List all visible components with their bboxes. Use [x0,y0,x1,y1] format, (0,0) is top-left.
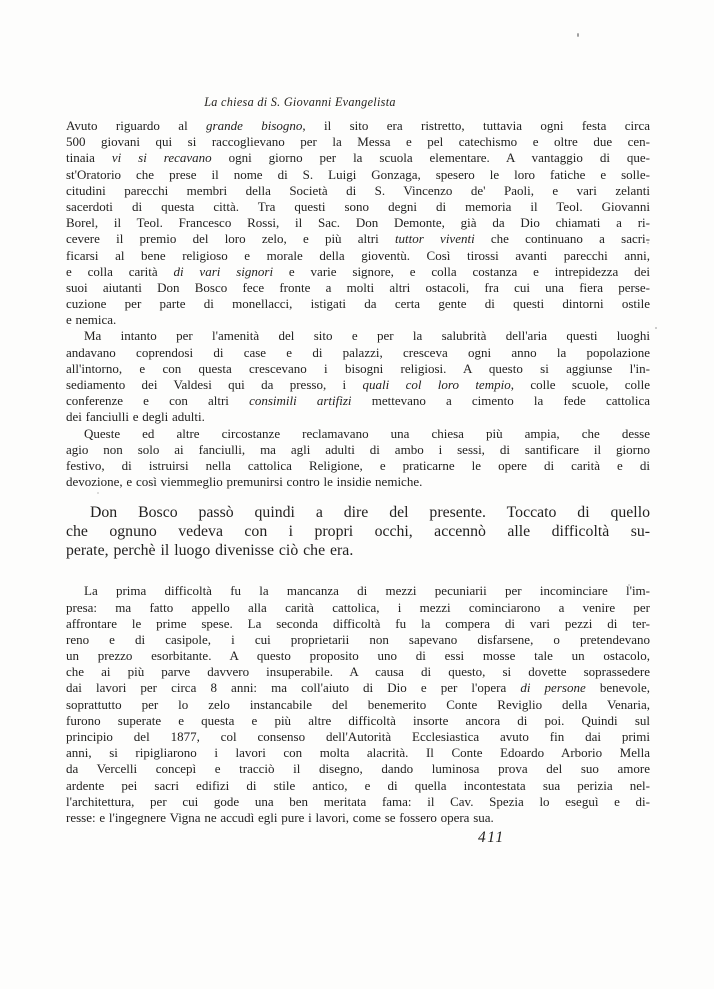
text-line: affrontare le prime spese. La seconda di… [66,616,650,632]
text-line: 500 giovani qui si raccoglievano per la … [66,134,650,150]
paragraph: Ma intanto per l'amenità del sito e per … [66,328,650,425]
text-line: conferenze e con altri consimili artifiz… [66,393,650,409]
text-line: da Vercelli concepì e tracciò il disegno… [66,761,650,777]
text-block: Avuto riguardo al grande bisogno, il sit… [66,118,650,826]
text-line: sacerdoti di questa città. Tra questi so… [66,199,650,215]
text-line: perate, perchè il luogo divenisse ciò ch… [66,541,650,560]
text-line: ficarsi al bene religioso e morale della… [66,248,650,264]
text-line: st'Oratorio che prese il nome di S. Luig… [66,167,650,183]
scan-speck [628,584,630,586]
text-line: e nemica. [66,312,650,328]
text-line: tinaia vi si recavano ogni giorno per la… [66,150,650,166]
text-line: ardente pei sacri edifizi di stile antic… [66,778,650,794]
text-line: che ai più parve davvero insuperabile. A… [66,664,650,680]
text-line: La prima difficoltà fu la mancanza di me… [66,583,650,599]
text-line: che ognuno vedeva con i propri occhi, ac… [66,522,650,541]
scanned-book-page: La chiesa di S. Giovanni Evangelista Avu… [0,0,714,989]
text-line: cevere il premio del loro zelo, e più al… [66,231,650,247]
text-line: Queste ed altre circostanze reclamavano … [66,426,650,442]
text-line: Borel, il Teol. Francesco Rossi, il Sac.… [66,215,650,231]
text-line: cuzione per parte di monellacci, istigat… [66,296,650,312]
text-column: La chiesa di S. Giovanni Evangelista Avu… [66,95,650,826]
text-line: presa: ma fatto appello alla carità catt… [66,600,650,616]
text-line: resse: e l'ingegnere Vigna ne accudì egl… [66,810,650,826]
text-line: Don Bosco passò quindi a dire del presen… [66,503,650,522]
text-line: anni, si ripigliarono i lavori con molta… [66,745,650,761]
paragraph: Don Bosco passò quindi a dire del presen… [66,503,650,560]
text-line: Avuto riguardo al grande bisogno, il sit… [66,118,650,134]
text-line: festivo, di istruirsi nella cattolica Re… [66,458,650,474]
running-head: La chiesa di S. Giovanni Evangelista [66,95,534,110]
scan-speck [97,492,99,494]
text-line: furono superate e questa e più altre dif… [66,713,650,729]
text-line: l'architettura, per cui gode una ben mer… [66,794,650,810]
text-line: citudini parecchi membri della Società d… [66,183,650,199]
text-line: soprattutto per lo zelo instancabile del… [66,697,650,713]
text-line: devozione, e così viemmeglio premunirsi … [66,474,650,490]
text-line: all'intorno, e con questa crescevano i b… [66,361,650,377]
paragraph: Queste ed altre circostanze reclamavano … [66,426,650,491]
scan-speck [655,327,657,329]
page-number: 411 [478,829,505,847]
text-line: principio del 1877, col consenso dell'Au… [66,729,650,745]
text-line: dai lavori per circa 8 anni: ma coll'aiu… [66,680,650,696]
scan-speck [647,242,649,244]
paragraph: Avuto riguardo al grande bisogno, il sit… [66,118,650,328]
text-line: Ma intanto per l'amenità del sito e per … [66,328,650,344]
text-line: dei fanciulli e degli adulti. [66,409,650,425]
text-line: un prezzo esorbitante. A questo proposit… [66,648,650,664]
text-line: agio non solo ai fanciulli, ma agli adul… [66,442,650,458]
text-line: andavano coprendosi di case e di palazzi… [66,345,650,361]
paragraph: La prima difficoltà fu la mancanza di me… [66,583,650,826]
text-line: e colla carità di vari signori e varie s… [66,264,650,280]
text-line: reno e di casipole, i cui proprietarii n… [66,632,650,648]
scan-speck [577,33,579,37]
text-line: sediamento dei Valdesi qui da presso, i … [66,377,650,393]
text-line: suoi aiutanti Don Bosco fece fronte a mo… [66,280,650,296]
